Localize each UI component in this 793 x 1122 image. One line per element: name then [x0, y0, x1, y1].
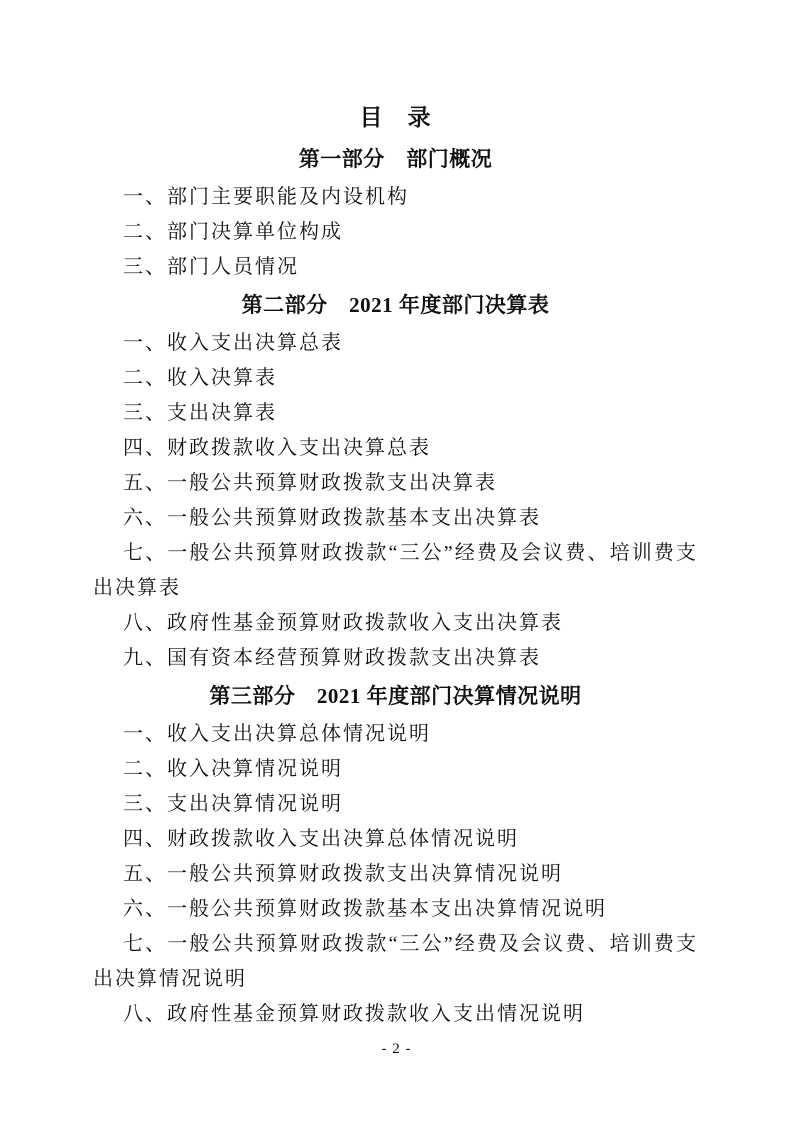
document-page: 目 录 第一部分 部门概况 一、部门主要职能及内设机构 二、部门决算单位构成 三…: [0, 0, 793, 1122]
page-number: - 2 -: [0, 1040, 793, 1058]
toc-item: 一、部门主要职能及内设机构: [93, 180, 698, 215]
toc-item: 四、财政拨款收入支出决算总表: [93, 431, 698, 466]
toc-section-1: 第一部分 部门概况 一、部门主要职能及内设机构 二、部门决算单位构成 三、部门人…: [93, 142, 698, 285]
toc-item: 一、收入支出决算总表: [93, 326, 698, 361]
toc-item: 九、国有资本经营预算财政拨款支出决算表: [93, 641, 698, 676]
toc-item: 四、财政拨款收入支出决算总体情况说明: [93, 822, 698, 857]
section-heading: 第三部分 2021 年度部门决算情况说明: [93, 679, 698, 714]
toc-item: 二、收入决算表: [93, 361, 698, 396]
toc-item: 一、收入支出决算总体情况说明: [93, 717, 698, 752]
section-heading: 第一部分 部门概况: [93, 142, 698, 177]
toc-item: 二、收入决算情况说明: [93, 752, 698, 787]
toc-item: 三、支出决算表: [93, 396, 698, 431]
toc-item: 二、部门决算单位构成: [93, 215, 698, 250]
toc-item: 六、一般公共预算财政拨款基本支出决算情况说明: [93, 892, 698, 927]
toc-item: 七、一般公共预算财政拨款“三公”经费及会议费、培训费支出决算情况说明: [93, 927, 698, 997]
toc-item: 五、一般公共预算财政拨款支出决算表: [93, 466, 698, 501]
toc-section-2: 第二部分 2021 年度部门决算表 一、收入支出决算总表 二、收入决算表 三、支…: [93, 288, 698, 676]
toc-title: 目 录: [93, 100, 698, 136]
toc-item: 八、政府性基金预算财政拨款收入支出决算表: [93, 606, 698, 641]
toc-item: 三、支出决算情况说明: [93, 787, 698, 822]
toc-item: 八、政府性基金预算财政拨款收入支出情况说明: [93, 997, 698, 1032]
toc-item: 七、一般公共预算财政拨款“三公”经费及会议费、培训费支出决算表: [93, 536, 698, 606]
section-heading: 第二部分 2021 年度部门决算表: [93, 288, 698, 323]
toc-item: 五、一般公共预算财政拨款支出决算情况说明: [93, 857, 698, 892]
toc-item: 三、部门人员情况: [93, 250, 698, 285]
toc-item: 六、一般公共预算财政拨款基本支出决算表: [93, 501, 698, 536]
toc-section-3: 第三部分 2021 年度部门决算情况说明 一、收入支出决算总体情况说明 二、收入…: [93, 679, 698, 1032]
